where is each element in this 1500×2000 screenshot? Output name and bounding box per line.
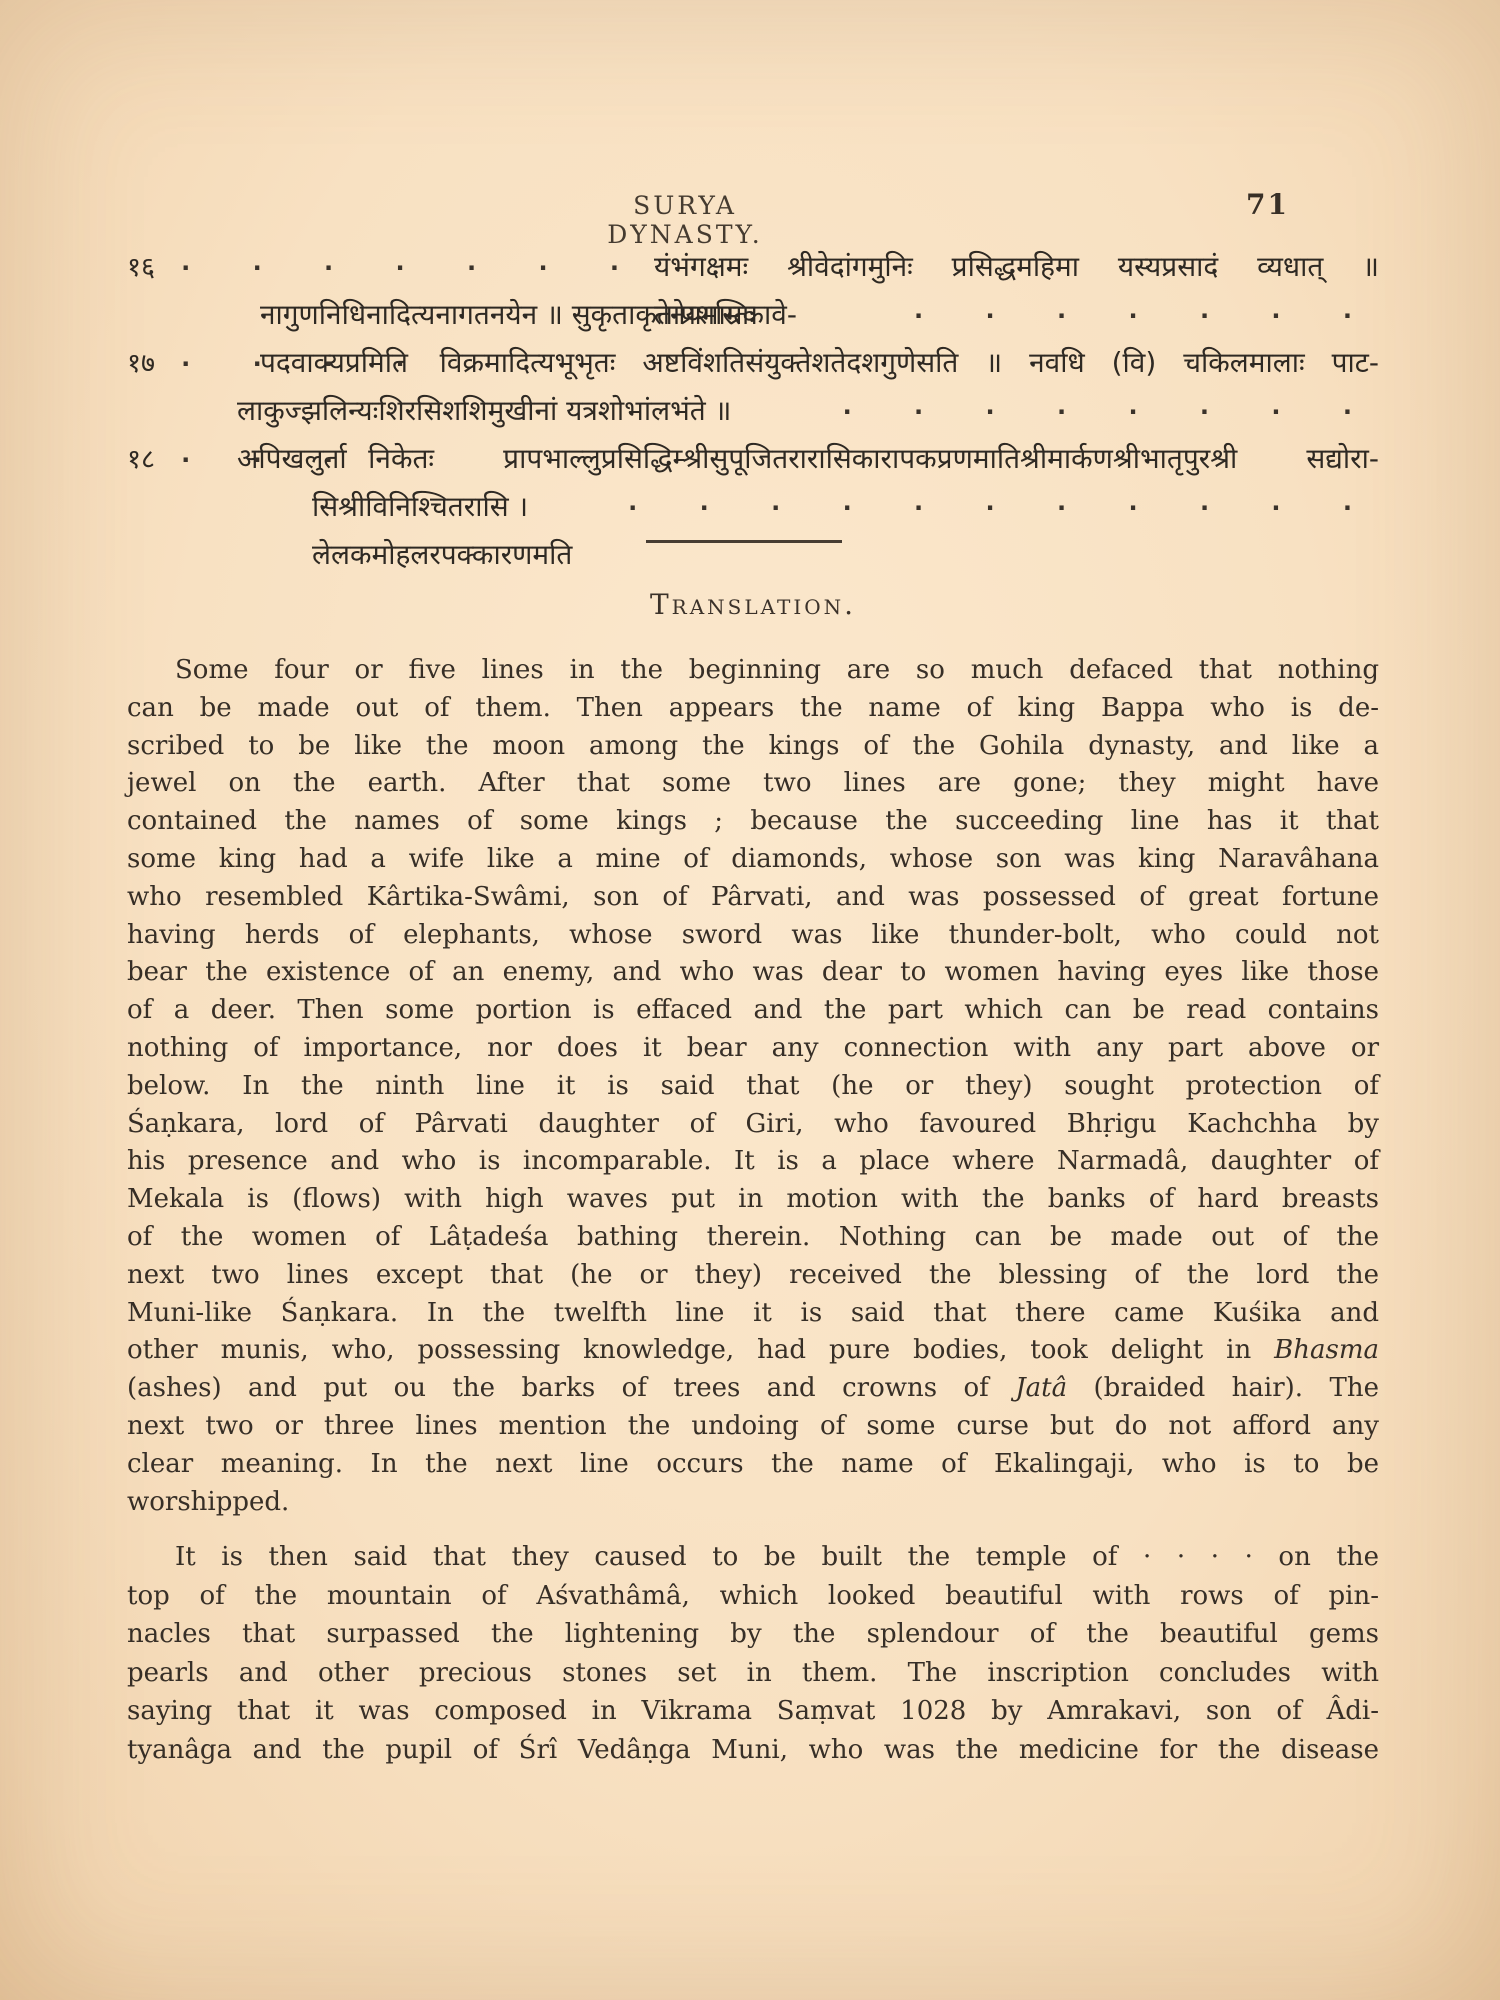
text-line: next two or three lines mention the undo… [127,1408,1379,1446]
text-segment: contained the names of some kings ; beca… [127,806,1379,836]
text-segment: other munis, who, possessing knowledge, … [127,1335,1274,1365]
effaced-dots: · · · · · · · [181,244,646,292]
verse-number: १७ [127,340,155,388]
text-segment: Mekala is (flows) with high waves put in… [127,1184,1379,1214]
text-line: (ashes) and put ou the barks of trees an… [127,1370,1379,1408]
verse-text: सिश्रीविनिश्चितरासि । लेलकमोहलरपक्कारणमत… [312,483,588,579]
text-segment: tyanâga and the pupil of Śrî Vedâṇga Mun… [127,1735,1379,1765]
effaced-dots: · · · [181,436,360,484]
verse-number: १८ [127,436,155,484]
text-segment: of the women of Lâṭadeśa bathing therein… [127,1222,1379,1252]
text-line: other munis, who, possessing knowledge, … [127,1332,1379,1370]
text-line: nothing of importance, nor does it bear … [127,1030,1379,1068]
text-line: scribed to be like the moon among the ki… [127,728,1379,766]
text-segment: nothing of importance, nor does it bear … [127,1033,1379,1063]
text-line: Some four or five lines in the beginning… [127,652,1379,690]
text-line: tyanâga and the pupil of Śrî Vedâṇga Mun… [127,1731,1379,1770]
effaced-dots: · · · · · · · [874,292,1379,340]
page-number: 71 [1246,188,1289,221]
text-line: jewel on the earth. After that some two … [127,765,1379,803]
effaced-dots: · · · · · · · · · · · [588,484,1379,532]
text-line: who resembled Kârtika-Swâmi, son of Pârv… [127,879,1379,917]
text-line: It is then said that they caused to be b… [127,1538,1379,1577]
text-line: nacles that surpassed the lightening by … [127,1615,1379,1654]
sanskrit-verses: १६· · · · · · ·यंभंगक्षमः श्रीवेदांगमुनि… [127,243,1379,531]
text-line: of a deer. Then some portion is effaced … [127,992,1379,1030]
text-segment: It is then said that they caused to be b… [175,1542,1379,1572]
text-line: Mekala is (flows) with high waves put in… [127,1181,1379,1219]
text-line: can be made out of them. Then appears th… [127,690,1379,728]
text-segment: nacles that surpassed the lightening by … [127,1619,1379,1649]
text-segment: Some four or five lines in the beginning… [175,655,1379,685]
text-line: bear the existence of an enemy, and who … [127,954,1379,992]
verse-line: १७· · · ·विक्रमादित्यभूभृतः अष्टविंशतिसं… [127,339,1379,387]
text-segment: top of the mountain of Aśvathâmâ, which … [127,1581,1379,1611]
verse-line: नागुणनिधिनादित्यनागतनयेन ॥ सुकृताकृताप्र… [260,291,1379,339]
text-line: clear meaning. In the next line occurs t… [127,1446,1379,1484]
text-segment: bear the existence of an enemy, and who … [127,957,1379,987]
book-page: SURYA DYNASTY. 71 १६· · · · · · ·यंभंगक्… [0,0,1500,2000]
translation-paragraph-2: It is then said that they caused to be b… [127,1538,1379,1770]
text-line: some king had a wife like a mine of diam… [127,841,1379,879]
text-line: next two lines except that (he or they) … [127,1257,1379,1295]
text-segment: can be made out of them. Then appears th… [127,693,1379,723]
text-segment: (ashes) and put ou the barks of trees an… [127,1373,1015,1403]
text-segment: saying that it was composed in Vikrama S… [127,1696,1379,1726]
text-line: below. In the ninth line it is said that… [127,1068,1379,1106]
effaced-dots: · · · · [181,340,432,388]
text-segment: who resembled Kârtika-Swâmi, son of Pârv… [127,882,1379,912]
verse-line: १६· · · · · · ·यंभंगक्षमः श्रीवेदांगमुनि… [127,243,1379,291]
text-segment: pearls and other precious stones set in … [127,1658,1379,1688]
text-segment: below. In the ninth line it is said that… [127,1071,1379,1101]
text-line: Muni-like Śaṇkara. In the twelfth line i… [127,1295,1379,1333]
translation-paragraph-1: Some four or five lines in the beginning… [127,652,1379,1521]
italic-term: Bhasma [1274,1335,1379,1365]
text-segment: worshipped. [127,1487,289,1517]
verse-number: १६ [127,244,155,292]
text-segment: his presence and who is incomparable. It… [127,1146,1379,1176]
text-segment: some king had a wife like a mine of diam… [127,844,1379,874]
text-segment: of a deer. Then some portion is effaced … [127,995,1379,1025]
page-header-title: SURYA DYNASTY. [555,191,815,249]
translation-heading: Translation. [127,588,1379,621]
text-segment: Muni-like Śaṇkara. In the twelfth line i… [127,1298,1379,1328]
text-segment: (braided hair). The [1067,1373,1379,1403]
text-segment: Śaṇkara, lord of Pârvati daughter of Gir… [127,1109,1379,1139]
text-line: top of the mountain of Aśvathâmâ, which … [127,1577,1379,1616]
text-segment: jewel on the earth. After that some two … [127,768,1379,798]
text-segment: scribed to be like the moon among the ki… [127,731,1379,761]
text-segment: clear meaning. In the next line occurs t… [127,1449,1379,1479]
verse-text: निकेतः प्रापभाल्लुप्रसिद्धिम्श्रीसुपूजित… [368,435,1379,483]
text-segment: next two lines except that (he or they) … [127,1260,1379,1290]
text-line: Śaṇkara, lord of Pârvati daughter of Gir… [127,1106,1379,1144]
verse-text: विक्रमादित्यभूभृतः अष्टविंशतिसंयुक्तेशते… [440,339,1379,387]
text-line: his presence and who is incomparable. It… [127,1143,1379,1181]
effaced-dots: · · · · · · · · [803,388,1379,436]
verse-line: लाकुज्झलिन्यःशिरसिशशिमुखीनां यत्रशोभांलभ… [237,387,1379,435]
text-segment: having herds of elephants, whose sword w… [127,920,1379,950]
text-line: pearls and other precious stones set in … [127,1654,1379,1693]
text-line: contained the names of some kings ; beca… [127,803,1379,841]
text-segment: next two or three lines mention the undo… [127,1411,1379,1441]
verse-line: सिश्रीविनिश्चितरासि । लेलकमोहलरपक्कारणमत… [312,483,1379,531]
text-line: of the women of Lâṭadeśa bathing therein… [127,1219,1379,1257]
italic-term: Jatâ [1015,1373,1067,1403]
verse-line: १८· · ·निकेतः प्रापभाल्लुप्रसिद्धिम्श्री… [127,435,1379,483]
text-line: worshipped. [127,1484,1379,1522]
section-divider [646,540,842,543]
text-line: saying that it was composed in Vikrama S… [127,1692,1379,1731]
text-line: having herds of elephants, whose sword w… [127,917,1379,955]
